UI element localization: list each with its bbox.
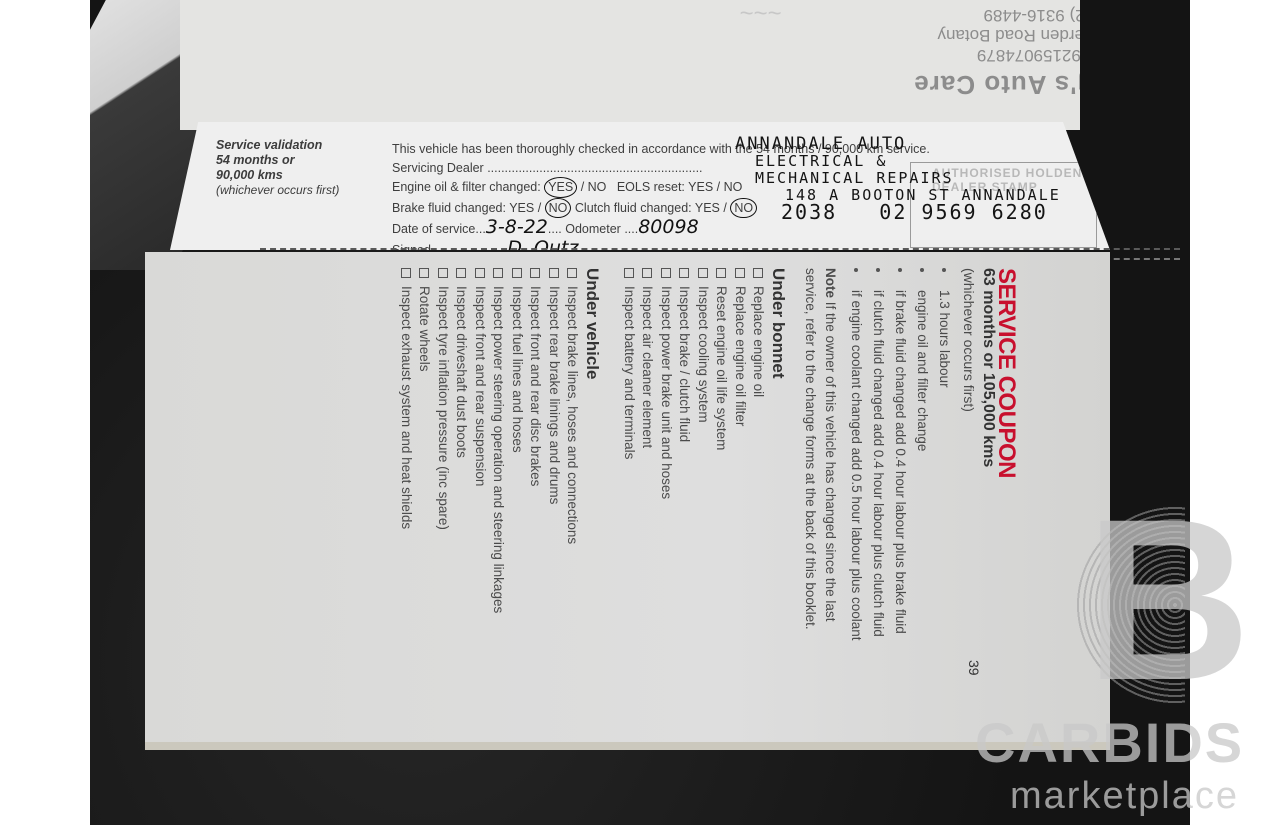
validation-months: 54 months or <box>216 153 339 168</box>
checkbox-icon <box>679 268 689 278</box>
service-validation-coupon: Service validation 54 months or 90,000 k… <box>170 122 1110 250</box>
brake-fluid-no-circled: NO <box>545 198 572 219</box>
photo-background: ~~~ Ang's Auto Care A.B.N 92159074879 6 … <box>90 0 1190 825</box>
checklist-item: Rotate wheels <box>417 268 432 372</box>
labour-item: 1.3 hours labour <box>937 268 952 388</box>
checklist-item: Replace engine oil filter <box>733 268 748 426</box>
engine-oil-label: Engine oil & filter changed: <box>392 180 541 194</box>
dealer-stamp: ANNANDALE AUTO ELECTRICAL & MECHANICAL R… <box>725 136 1061 221</box>
under-bonnet-heading: Under bonnet <box>768 268 788 379</box>
under-vehicle-heading: Under vehicle <box>582 268 602 380</box>
bullet-icon <box>942 268 946 272</box>
owner-change-note: Note If the owner of this vehicle has ch… <box>823 268 838 621</box>
brake-fluid-label: Brake fluid changed: YES / <box>392 201 541 215</box>
checklist-item: Replace engine oil <box>751 268 766 397</box>
dealer-stamp-line2: ELECTRICAL & <box>725 153 1061 170</box>
checkbox-icon <box>419 268 429 278</box>
note-label: Note <box>823 268 838 302</box>
checklist-item: Inspect front and rear suspension <box>473 268 488 486</box>
checkbox-icon <box>400 268 410 278</box>
checkbox-icon <box>437 268 447 278</box>
labour-item: if brake fluid changed add 0.4 hour labo… <box>893 268 908 634</box>
checklist-item: Inspect cooling system <box>696 268 711 423</box>
checklist-item: Inspect brake lines, hoses and connectio… <box>565 268 580 544</box>
checkbox-icon <box>456 268 466 278</box>
bullet-icon <box>920 268 924 272</box>
dealer-stamp-line3: MECHANICAL REPAIRS <box>725 170 1061 187</box>
checklist-item: Inspect exhaust system and heat shields <box>399 268 414 529</box>
engine-oil-yes-circled: YES <box>544 177 577 198</box>
eols-label: EOLS reset: YES / NO <box>617 180 743 194</box>
labour-item: if clutch fluid changed add 0.4 hour lab… <box>871 268 886 637</box>
checkbox-icon <box>511 268 521 278</box>
checklist-item: Inspect battery and terminals <box>622 268 637 459</box>
checkbox-icon <box>567 268 577 278</box>
checkbox-icon <box>697 268 707 278</box>
labour-item: engine oil and filter change <box>915 268 930 451</box>
checkbox-icon <box>623 268 633 278</box>
checkbox-icon <box>716 268 726 278</box>
checkbox-icon <box>642 268 652 278</box>
owner-change-note-line2: service, refer to the change forms at th… <box>803 268 818 630</box>
note-text: If the owner of this vehicle has changed… <box>823 302 838 622</box>
engine-oil-no: NO <box>588 180 607 194</box>
odometer-label: Odometer <box>565 222 621 236</box>
validation-note: (whichever occurs first) <box>216 183 339 198</box>
checklist-item: Inspect front and rear disc brakes <box>528 268 543 486</box>
coupon-interval: 63 months or 105,000 kms <box>979 268 997 467</box>
validation-block: Service validation 54 months or 90,000 k… <box>216 138 339 198</box>
checklist-item: Inspect driveshaft dust boots <box>454 268 469 458</box>
bullet-icon <box>898 268 902 272</box>
checkbox-icon <box>734 268 744 278</box>
faint-handwriting: ~~~ <box>740 0 782 26</box>
page-stack-edge <box>145 742 1110 750</box>
date-label: Date of service <box>392 222 475 236</box>
checkbox-icon <box>660 268 670 278</box>
checklist-item: Inspect tyre inflation pressure (inc spa… <box>436 268 451 530</box>
checkbox-icon <box>753 268 763 278</box>
dealer-stamp-phone: 02 9569 6280 <box>879 200 1048 224</box>
watermark-brand: CARBIDS <box>975 710 1244 775</box>
bullet-icon <box>854 268 858 272</box>
dealer-stamp-postcode: 2038 <box>725 200 837 224</box>
labour-item: if engine coolant changed add 0.5 hour l… <box>849 268 864 641</box>
checkbox-icon <box>548 268 558 278</box>
checkbox-icon <box>530 268 540 278</box>
checklist-item: Reset engine oil life system <box>714 268 729 450</box>
watermark-logo: B <box>1085 500 1251 700</box>
checklist-item: Inspect fuel lines and hoses <box>510 268 525 453</box>
coupon-interval-note: (whichever occurs first) <box>961 268 977 412</box>
watermark-sub: marketplace <box>1010 775 1239 818</box>
back-page: ~~~ Ang's Auto Care A.B.N 92159074879 6 … <box>180 0 1080 130</box>
validation-title: Service validation <box>216 138 339 153</box>
odometer-value: 80098 <box>638 216 698 238</box>
checklist-item: Inspect air cleaner element <box>640 268 655 448</box>
servicing-dealer-label: Servicing Dealer <box>392 161 484 175</box>
validation-kms: 90,000 kms <box>216 168 339 183</box>
checklist-item: Inspect rear brake linings and drums <box>547 268 562 504</box>
dealer-stamp-bottom: 2038 02 9569 6280 <box>725 204 1061 221</box>
checkbox-icon <box>493 268 503 278</box>
bullet-icon <box>876 268 880 272</box>
checklist-item: Inspect power steering operation and ste… <box>491 268 506 613</box>
dealer-stamp-line1: ANNANDALE AUTO <box>725 136 1061 153</box>
clutch-fluid-label: Clutch fluid changed: YES / <box>575 201 727 215</box>
date-value: 3-8-22 <box>486 216 548 238</box>
checkbox-icon <box>474 268 484 278</box>
perforation-line <box>260 248 1180 250</box>
page-number: 39 <box>966 660 982 676</box>
checklist-item: Inspect brake / clutch fluid <box>677 268 692 442</box>
checklist-item: Inspect power brake unit and hoses <box>659 268 674 499</box>
